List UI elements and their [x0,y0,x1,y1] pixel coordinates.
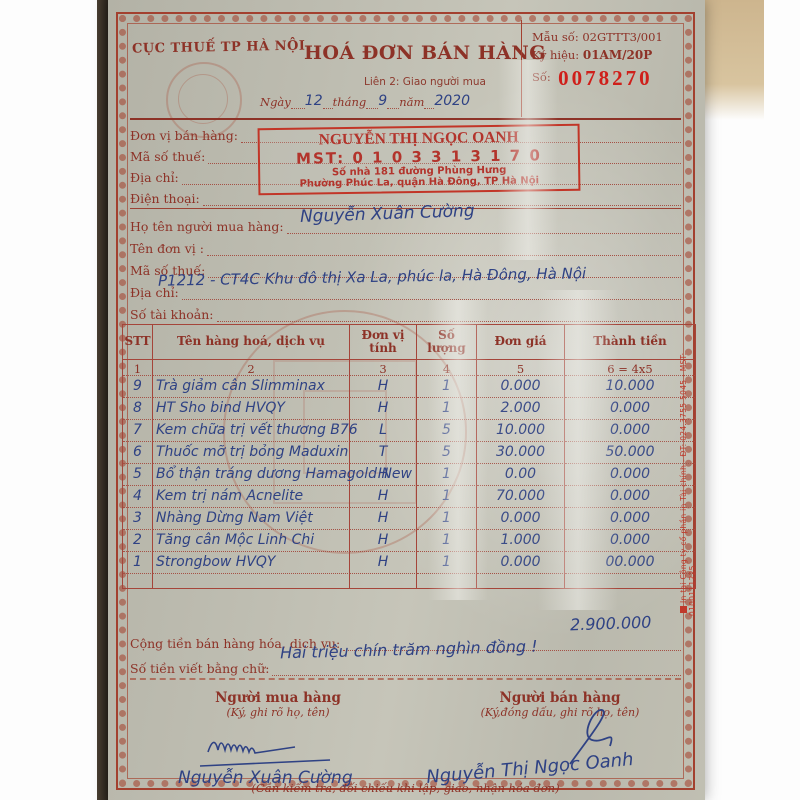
row-item-name: Kem chữa trị vết thương B76 [153,419,350,441]
row-price: 1.000 [477,529,565,551]
row-unit: H [350,463,417,485]
row-item-name: Strongbow HVQY [153,551,350,573]
col-name: Tên hàng hoá, dịch vụ [153,325,350,359]
row-unit: H [350,529,417,551]
buyer-sign-note: (Ký, ghi rõ họ, tên) [158,706,398,719]
row-amount: 0.000 [565,419,695,441]
row-amount: 0.000 [565,529,695,551]
row-unit: H [350,397,417,419]
row-price: 0.000 [477,507,565,529]
row-stt: 3 [123,507,153,529]
row-unit: H [350,485,417,507]
row-stt: 5 [123,463,153,485]
form-label: Mẫu số: [532,30,579,44]
seller-stamp: NGUYỄN THỊ NGỌC OANH MST: 0 1 0 3 3 1 3 … [258,124,581,195]
col-amount: Thành tiền [565,325,695,359]
buyer-section: Họ tên người mua hàng: Nguyễn Xuân Cường… [130,212,681,322]
seller-section: Đơn vị bán hàng: Mã số thuế: Địa chỉ: Đi… [130,122,681,206]
row-amount: 0.000 [565,507,695,529]
table-row: 7 Kem chữa trị vết thương B76 L 5 10.000… [123,419,695,441]
seller-tax-label: Mã số thuế: [130,149,208,164]
row-stt: 1 [123,551,153,573]
invoice-meta-box: Mẫu số: 02GTTT3/001 Ký hiệu: 01AM/20P Số… [521,20,681,117]
invoice-paper: CỤC THUẾ TP HÀ NỘI HOÁ ĐƠN BÁN HÀNG Liên… [108,0,705,800]
totals-section: Cộng tiền bán hàng hóa, dịch vụ: 2.900.0… [130,626,681,676]
row-amount: 0.000 [565,485,695,507]
buyer-sign-heading: Người mua hàng [158,690,398,706]
number-label: Số: [532,70,551,84]
buyer-name-label: Họ tên người mua hàng: [130,219,287,234]
footer-note: (Cần kiểm tra, đối chiếu khi lập, giao, … [130,781,681,795]
total-sum-handwritten: 2.900.000 [569,613,651,635]
date-year-label: năm [399,95,424,109]
invoice-header: CỤC THUẾ TP HÀ NỘI HOÁ ĐƠN BÁN HÀNG Liên… [130,26,681,120]
col-unit: Đơn vị tính [350,325,417,359]
row-amount: 00.000 [565,551,695,573]
items-table: STT Tên hàng hoá, dịch vụ Đơn vị tính Số… [122,324,696,589]
serial-value: 01AM/20P [583,48,652,62]
date-month-label: tháng [333,95,367,109]
row-item-name: Kem trị nám Acnelite [153,485,350,507]
table-row: 1 Strongbow HVQY H 1 0.000 00.000 [123,551,695,573]
table-row: 9 Trà giảm cân Slimminax H 1 0.000 10.00… [123,375,695,397]
row-unit: T [350,441,417,463]
row-price: 70.000 [477,485,565,507]
row-item-name: Thuốc mỡ trị bỏng Maduxin [153,441,350,463]
row-price: 2.000 [477,397,565,419]
colnum-6: 6 = 4x5 [565,359,695,375]
row-price: 0.00 [477,463,565,485]
colnum-5: 5 [477,359,565,375]
date-day-label: Ngày [260,95,291,109]
row-amount: 50.000 [565,441,695,463]
row-amount: 0.000 [565,463,695,485]
row-qty: 1 [417,507,477,529]
colnum-2: 2 [153,359,350,375]
row-amount: 0.000 [565,397,695,419]
row-unit: H [350,507,417,529]
row-stt: 2 [123,529,153,551]
date-day-value: 12 [305,93,323,109]
table-row: 4 Kem trị nám Acnelite H 1 70.000 0.000 [123,485,695,507]
date-year-value: 2020 [434,93,470,109]
row-price: 0.000 [477,375,565,397]
row-stt: 7 [123,419,153,441]
row-qty: 1 [417,375,477,397]
col-price: Đơn giá [477,325,565,359]
row-unit: H [350,375,417,397]
buyer-unit-label: Tên đơn vị : [130,241,207,256]
row-item-name: Nhàng Dừng Nam Việt [153,507,350,529]
row-item-name: Trà giảm cân Slimminax [153,375,350,397]
row-stt: 4 [123,485,153,507]
row-qty: 1 [417,463,477,485]
seller-signature-block: Người bán hàng (Ký,đóng dấu, ghi rõ họ, … [430,690,690,719]
invoice-number: 0078270 [558,66,653,90]
printer-info: In tại Công ty cổ phần in Tài chính - ĐT… [679,316,697,616]
date-month-value: 9 [378,93,387,109]
table-row: 3 Nhàng Dừng Nam Việt H 1 0.000 0.000 [123,507,695,529]
table-empty-row [123,573,695,588]
row-qty: 1 [417,529,477,551]
row-price: 30.000 [477,441,565,463]
row-stt: 9 [123,375,153,397]
buyer-signature-block: Người mua hàng (Ký, ghi rõ họ, tên) Nguy… [158,690,398,719]
row-unit: L [350,419,417,441]
colnum-3: 3 [350,359,417,375]
row-qty: 5 [417,441,477,463]
seller-addr-label: Địa chỉ: [130,170,182,185]
printer-icon [681,606,688,613]
row-qty: 5 [417,419,477,441]
backing-paper-right [700,0,764,120]
row-qty: 1 [417,551,477,573]
row-stt: 6 [123,441,153,463]
row-amount: 10.000 [565,375,695,397]
colnum-4: 4 [417,359,477,375]
colnum-1: 1 [123,359,153,375]
serial-label: Ký hiệu: [532,48,579,62]
seller-sign-heading: Người bán hàng [430,690,690,706]
table-colnumber-row: 1 2 3 4 5 6 = 4x5 [123,359,695,375]
table-row: 8 HT Sho bind HVQY H 1 2.000 0.000 [123,397,695,419]
row-unit: H [350,551,417,573]
row-price: 0.000 [477,551,565,573]
dashed-separator [130,678,681,680]
row-qty: 1 [417,485,477,507]
buyer-signature [198,722,358,772]
row-stt: 8 [123,397,153,419]
printer-info-text: In tại Công ty cổ phần in Tài chính - ĐT… [679,353,697,616]
total-words-label: Số tiền viết bằng chữ: [130,661,272,676]
row-qty: 1 [417,397,477,419]
row-item-name: Tăng cân Mộc Linh Chi [153,529,350,551]
seller-phone-label: Điện thoại: [130,191,203,206]
table-row: 5 Bổ thận tráng dương Hamagold New H 1 0… [123,463,695,485]
buyer-account-label: Số tài khoản: [130,307,217,322]
row-price: 10.000 [477,419,565,441]
col-qty: Số lượng [417,325,477,359]
col-stt: STT [123,325,153,359]
seller-unit-label: Đơn vị bán hàng: [130,128,241,143]
table-header-row: STT Tên hàng hoá, dịch vụ Đơn vị tính Số… [123,325,695,359]
table-row: 2 Tăng cân Mộc Linh Chi H 1 1.000 0.000 [123,529,695,551]
row-item-name: Bổ thận tráng dương Hamagold New [153,463,350,485]
row-item-name: HT Sho bind HVQY [153,397,350,419]
table-row: 6 Thuốc mỡ trị bỏng Maduxin T 5 30.000 5… [123,441,695,463]
form-value: 02GTTT3/001 [582,30,662,44]
